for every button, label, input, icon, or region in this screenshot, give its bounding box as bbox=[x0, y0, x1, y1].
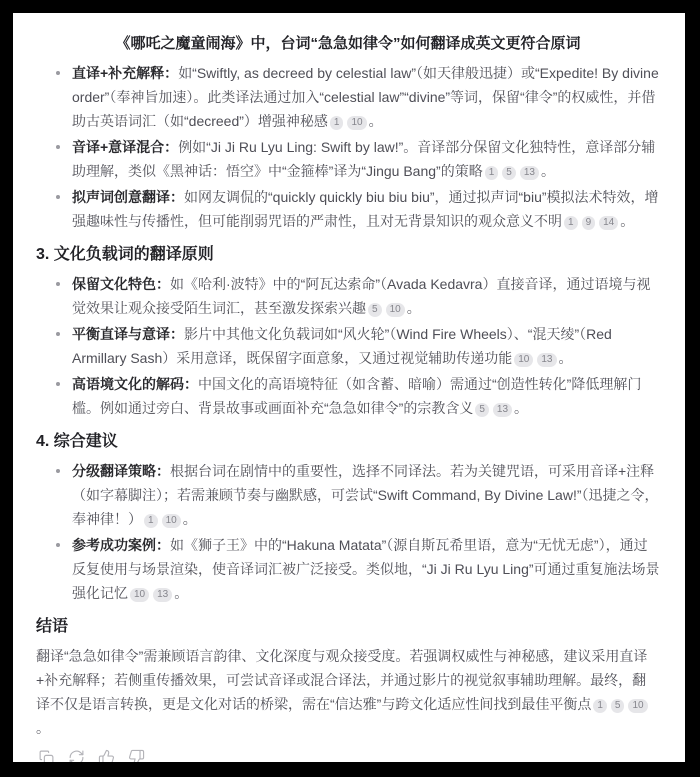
regenerate-button[interactable] bbox=[66, 747, 86, 762]
suggestions-list: 分级翻译策略：根据台词在剧情中的重要性，选择不同译法。若为关键咒语，可采用音译+… bbox=[36, 459, 660, 605]
message-action-bar bbox=[36, 747, 660, 762]
citation-badge[interactable]: 10 bbox=[347, 116, 366, 130]
bullet-icon bbox=[56, 332, 60, 336]
chat-answer-panel: 《哪吒之魔童闹海》中，台词“急急如律令”如何翻译成英文更符合原词 直译+补充解释… bbox=[13, 13, 685, 762]
translation-approaches-list: 直译+补充解释：如“Swiftly, as decreed by celesti… bbox=[36, 61, 660, 233]
bold-term: 拟声词创意翻译： bbox=[72, 189, 184, 205]
citation-badge[interactable]: 13 bbox=[537, 353, 556, 367]
list-item: 高语境文化的解码：中国文化的高语境特征（如含蓄、暗喻）需通过“创造性转化”降低理… bbox=[56, 372, 660, 420]
bullet-icon bbox=[56, 543, 60, 547]
list-item: 音译+意译混合：例如“Ji Ji Ru Lyu Ling: Swift by l… bbox=[56, 135, 660, 183]
regenerate-icon bbox=[68, 749, 85, 763]
bullet-icon bbox=[56, 145, 60, 149]
list-item-text: 直译+补充解释：如“Swiftly, as decreed by celesti… bbox=[72, 65, 659, 129]
list-item-text: 平衡直译与意译：影片中其他文化负载词如“风火轮”（Wind Fire Wheel… bbox=[72, 326, 612, 366]
list-item: 分级翻译策略：根据台词在剧情中的重要性，选择不同译法。若为关键咒语，可采用音译+… bbox=[56, 459, 660, 531]
citation-badge[interactable]: 1 bbox=[564, 216, 578, 230]
thumbs-up-button[interactable] bbox=[96, 747, 116, 762]
copy-button[interactable] bbox=[36, 747, 56, 762]
list-item-text: 音译+意译混合：例如“Ji Ji Ru Lyu Ling: Swift by l… bbox=[72, 139, 655, 179]
list-item: 平衡直译与意译：影片中其他文化负载词如“风火轮”（Wind Fire Wheel… bbox=[56, 322, 660, 370]
bullet-icon bbox=[56, 195, 60, 199]
citation-badge[interactable]: 5 bbox=[611, 699, 625, 713]
bullet-icon bbox=[56, 71, 60, 75]
bold-term: 分级翻译策略： bbox=[72, 463, 170, 479]
list-item-text: 拟声词创意翻译：如网友调侃的“quickly quickly biu biu b… bbox=[72, 189, 659, 229]
list-item-text: 高语境文化的解码：中国文化的高语境特征（如含蓄、暗喻）需通过“创造性转化”降低理… bbox=[72, 376, 641, 416]
question-title: 《哪吒之魔童闹海》中，台词“急急如律令”如何翻译成英文更符合原词 bbox=[36, 33, 660, 54]
list-item: 拟声词创意翻译：如网友调侃的“quickly quickly biu biu b… bbox=[56, 185, 660, 233]
citation-badge[interactable]: 13 bbox=[153, 588, 172, 602]
bullet-icon bbox=[56, 382, 60, 386]
citation-badge[interactable]: 5 bbox=[475, 403, 489, 417]
bold-term: 平衡直译与意译： bbox=[72, 326, 184, 342]
list-item-text: 保留文化特色：如《哈利·波特》中的“阿瓦达索命”（Avada Kedavra）直… bbox=[72, 276, 650, 316]
citation-badge[interactable]: 10 bbox=[162, 514, 181, 528]
citation-badge[interactable]: 14 bbox=[599, 216, 618, 230]
list-item-text: 分级翻译策略：根据台词在剧情中的重要性，选择不同译法。若为关键咒语，可采用音译+… bbox=[72, 463, 659, 527]
citation-badge[interactable]: 5 bbox=[502, 166, 516, 180]
citation-badge[interactable]: 1 bbox=[485, 166, 499, 180]
thumbs-down-button[interactable] bbox=[126, 747, 146, 762]
copy-icon bbox=[38, 749, 55, 763]
section-heading-conclusion: 结语 bbox=[36, 616, 660, 637]
thumbs-up-icon bbox=[98, 749, 115, 763]
citation-badge[interactable]: 13 bbox=[493, 403, 512, 417]
citation-badge[interactable]: 1 bbox=[330, 116, 344, 130]
list-item: 保留文化特色：如《哈利·波特》中的“阿瓦达索命”（Avada Kedavra）直… bbox=[56, 272, 660, 320]
bold-term: 直译+补充解释： bbox=[72, 65, 178, 81]
citation-badge[interactable]: 10 bbox=[130, 588, 149, 602]
bold-term: 高语境文化的解码： bbox=[72, 376, 198, 392]
conclusion-paragraph: 翻译“急急如律令”需兼顾语言韵律、文化深度与观众接受度。若强调权威性与神秘感，建… bbox=[36, 644, 660, 740]
citation-badge[interactable]: 1 bbox=[593, 699, 607, 713]
section-heading-suggestions: 4. 综合建议 bbox=[36, 431, 660, 452]
bold-term: 音译+意译混合： bbox=[72, 139, 178, 155]
bullet-icon bbox=[56, 469, 60, 473]
list-item: 参考成功案例：如《狮子王》中的“Hakuna Matata”（源自斯瓦希里语，意… bbox=[56, 533, 660, 605]
list-item: 直译+补充解释：如“Swiftly, as decreed by celesti… bbox=[56, 61, 660, 133]
citation-badge[interactable]: 10 bbox=[386, 303, 405, 317]
bold-term: 保留文化特色： bbox=[72, 276, 170, 292]
citation-badge[interactable]: 13 bbox=[520, 166, 539, 180]
citation-badge[interactable]: 10 bbox=[514, 353, 533, 367]
culture-principles-list: 保留文化特色：如《哈利·波特》中的“阿瓦达索命”（Avada Kedavra）直… bbox=[36, 272, 660, 420]
citation-badge[interactable]: 5 bbox=[368, 303, 382, 317]
thumbs-down-icon bbox=[128, 749, 145, 763]
list-item-text: 参考成功案例：如《狮子王》中的“Hakuna Matata”（源自斯瓦希里语，意… bbox=[72, 537, 660, 601]
bullet-icon bbox=[56, 282, 60, 286]
citation-badge[interactable]: 1 bbox=[144, 514, 158, 528]
bold-term: 参考成功案例： bbox=[72, 537, 170, 553]
citation-badge[interactable]: 9 bbox=[582, 216, 596, 230]
section-heading-culture-principles: 3. 文化负载词的翻译原则 bbox=[36, 244, 660, 265]
citation-badge[interactable]: 10 bbox=[628, 699, 647, 713]
